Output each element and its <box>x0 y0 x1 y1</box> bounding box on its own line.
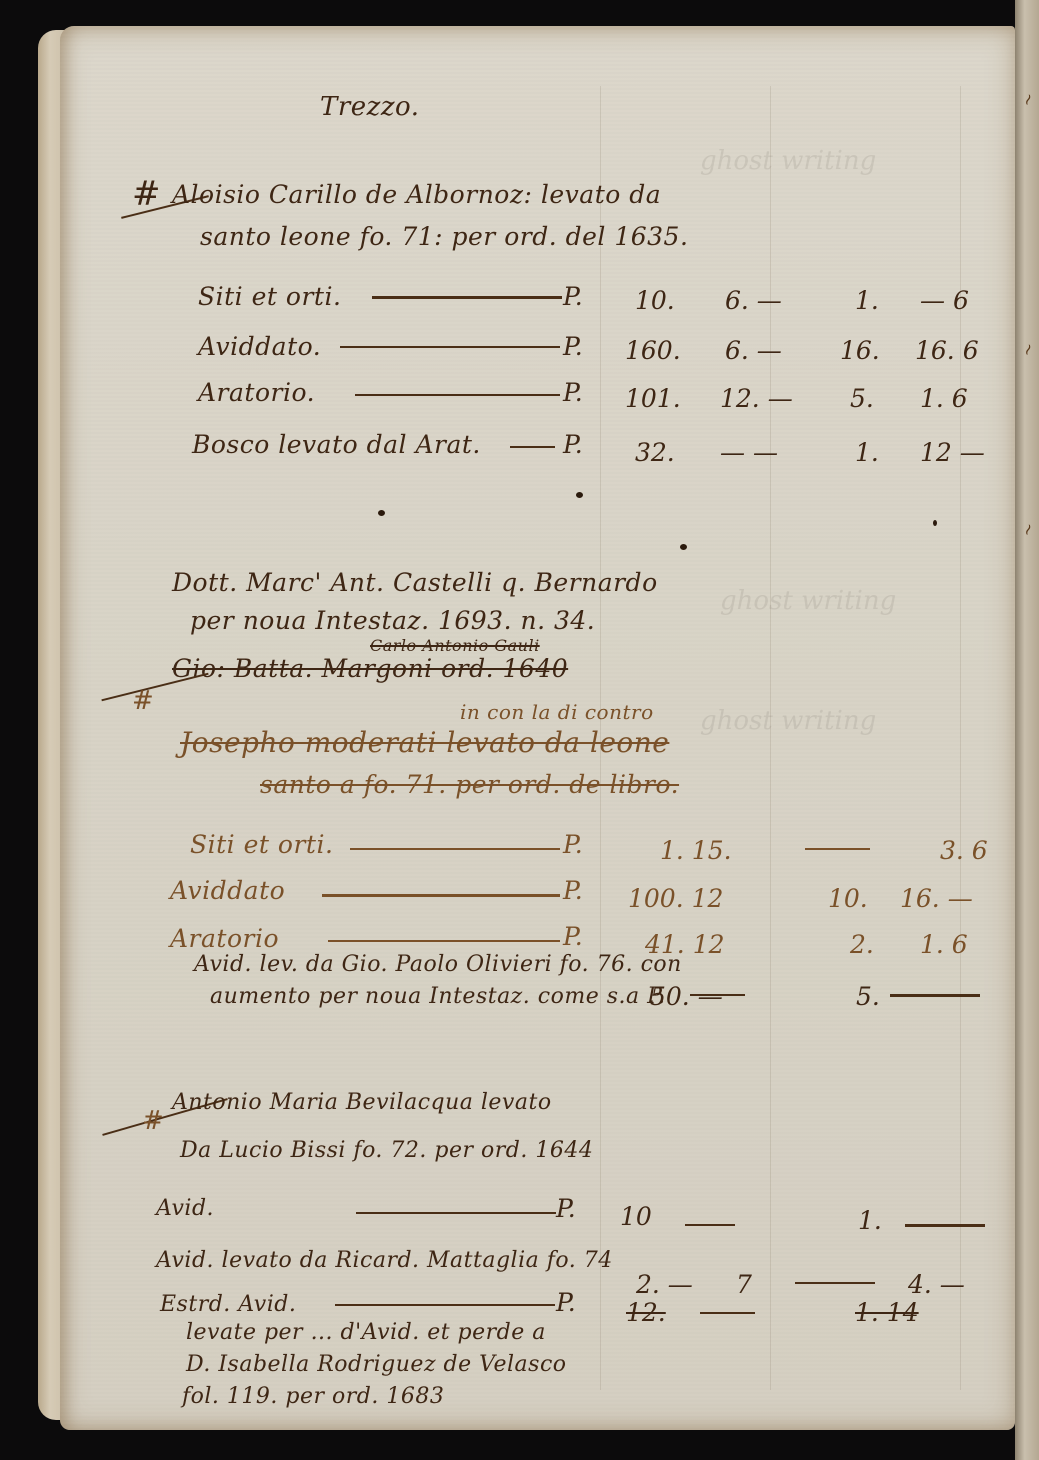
entry-title-line: per noua Intestaz. 1693. n. 34. <box>190 606 595 635</box>
note-line: Avid. lev. da Gio. Paolo Olivieri fo. 76… <box>194 952 682 977</box>
insertion: in con la di contro <box>460 700 654 724</box>
leader-line <box>355 394 560 396</box>
row-label: Aviddato <box>170 876 285 905</box>
ink-blot <box>680 544 687 550</box>
row-c4: 1. 6 <box>920 384 968 413</box>
entry-title-line: Antonio Maria Bevilacqua levato <box>172 1090 552 1115</box>
row-p: P. <box>563 282 583 311</box>
note-line: levate per ... d'Avid. et perde a <box>186 1320 546 1345</box>
leader-line <box>328 940 560 942</box>
leader-line <box>322 894 560 897</box>
note-line: Estrd. Avid. <box>160 1292 296 1317</box>
leader-line <box>700 1312 755 1314</box>
row-c3: 1. <box>855 286 879 315</box>
note-line: fol. 119. per ord. 1683 <box>182 1384 444 1409</box>
leader-line <box>350 848 560 850</box>
leader-line <box>890 994 980 997</box>
marker-stroke <box>101 673 208 702</box>
row-c1: 32. <box>635 438 675 467</box>
row-c3: 16. <box>840 336 880 365</box>
row-c2: 6. — <box>725 286 782 315</box>
leader-line <box>905 1224 985 1227</box>
facing-page-edge: ~ ~ ~ <box>1015 0 1039 1460</box>
row-p: P. <box>556 1194 576 1223</box>
row-c1: 160. <box>625 336 681 365</box>
row-label: Siti et orti. <box>198 282 341 311</box>
struck-line: Gio: Batta. Margoni ord. 1640 <box>172 654 568 683</box>
row-c4: 16. — <box>900 884 973 913</box>
note-row-c4: 4. — <box>908 1270 965 1299</box>
struck-line: Josepho moderati levato da leone <box>180 726 669 759</box>
row-c3: 5. <box>850 384 874 413</box>
row-c4: 1. 6 <box>920 930 968 959</box>
leader-line <box>510 446 555 448</box>
row-c4: 16. 6 <box>915 336 979 365</box>
row-c4: 12 — <box>920 438 985 467</box>
ink-blot <box>933 520 937 526</box>
row-c3: 1. <box>855 438 879 467</box>
row-p: P. <box>563 430 583 459</box>
row-c4: — 6 <box>920 286 969 315</box>
leader-line <box>340 346 560 348</box>
row-label: Aviddato. <box>198 332 321 361</box>
row-c1: 10. <box>635 286 675 315</box>
entry-marker-hash: # <box>142 1106 164 1136</box>
note-c3: 5. <box>856 982 880 1011</box>
leader-line <box>335 1304 555 1306</box>
cancelled-c1: 12. <box>626 1298 666 1327</box>
entry-marker-hash: # <box>132 686 154 716</box>
row-p: P. <box>563 332 583 361</box>
row-c1: 1. 15. <box>660 836 732 865</box>
insertion-struck: Carlo Antonio Gauli <box>370 636 540 655</box>
note-line: aumento per noua Intestaz. come s.a P. <box>210 984 665 1009</box>
struck-line: santo a fo. 71. per ord. de libro. <box>260 770 679 799</box>
row-c3: 1. <box>858 1206 882 1235</box>
entry-title-line: Aloisio Carillo de Albornoz: levato da <box>172 180 661 209</box>
page-heading: Trezzo. <box>320 92 420 122</box>
note-c1: 50. — <box>650 982 723 1011</box>
entry-title-line: santo leone fo. 71: per ord. del 1635. <box>200 222 688 251</box>
note-line: Avid. levato da Ricard. Mattaglia fo. 74 <box>156 1248 613 1273</box>
row-c1: 10 <box>620 1202 652 1231</box>
entry-title-line: Da Lucio Bissi fo. 72. per ord. 1644 <box>180 1138 593 1163</box>
row-p: P. <box>563 378 583 407</box>
column-rule <box>960 86 961 1390</box>
note-row-c2: 7 <box>736 1270 752 1299</box>
manuscript-page: ghost writing ghost writing ghost writin… <box>60 26 1015 1430</box>
leader-line <box>805 848 870 850</box>
cancelled-c4: 1. 14 <box>855 1298 919 1327</box>
leader-line <box>690 994 745 996</box>
row-c2: 12. — <box>720 384 793 413</box>
row-label: Avid. <box>156 1196 214 1221</box>
note-row-c1: 2. — <box>636 1270 693 1299</box>
row-label: Aratorio. <box>198 378 315 407</box>
row-p: P. <box>563 922 583 951</box>
ink-blot <box>378 510 385 516</box>
row-label: Siti et orti. <box>190 830 333 859</box>
row-c3: 10. <box>828 884 868 913</box>
row-c4: 3. 6 <box>940 836 988 865</box>
row-c3: 2. <box>850 930 874 959</box>
row-label: Bosco levato dal Arat. <box>192 430 481 459</box>
row-p: P. <box>563 876 583 905</box>
leader-line <box>356 1212 556 1214</box>
ink-blot <box>576 492 583 498</box>
row-c2: 6. — <box>725 336 782 365</box>
row-c2: — — <box>720 438 778 467</box>
leader-line <box>372 296 562 299</box>
leader-line <box>685 1224 735 1226</box>
column-rule <box>770 86 771 1390</box>
row-p: P. <box>563 830 583 859</box>
row-c1: 101. <box>625 384 681 413</box>
row-c1: 100. 12 <box>628 884 723 913</box>
entry-title-line: Dott. Marc' Ant. Castelli q. Bernardo <box>172 568 658 597</box>
note-line: D. Isabella Rodriguez de Velasco <box>186 1352 567 1377</box>
row-p: P. <box>556 1288 576 1317</box>
leader-line <box>795 1282 875 1284</box>
row-label: Aratorio <box>170 924 279 953</box>
